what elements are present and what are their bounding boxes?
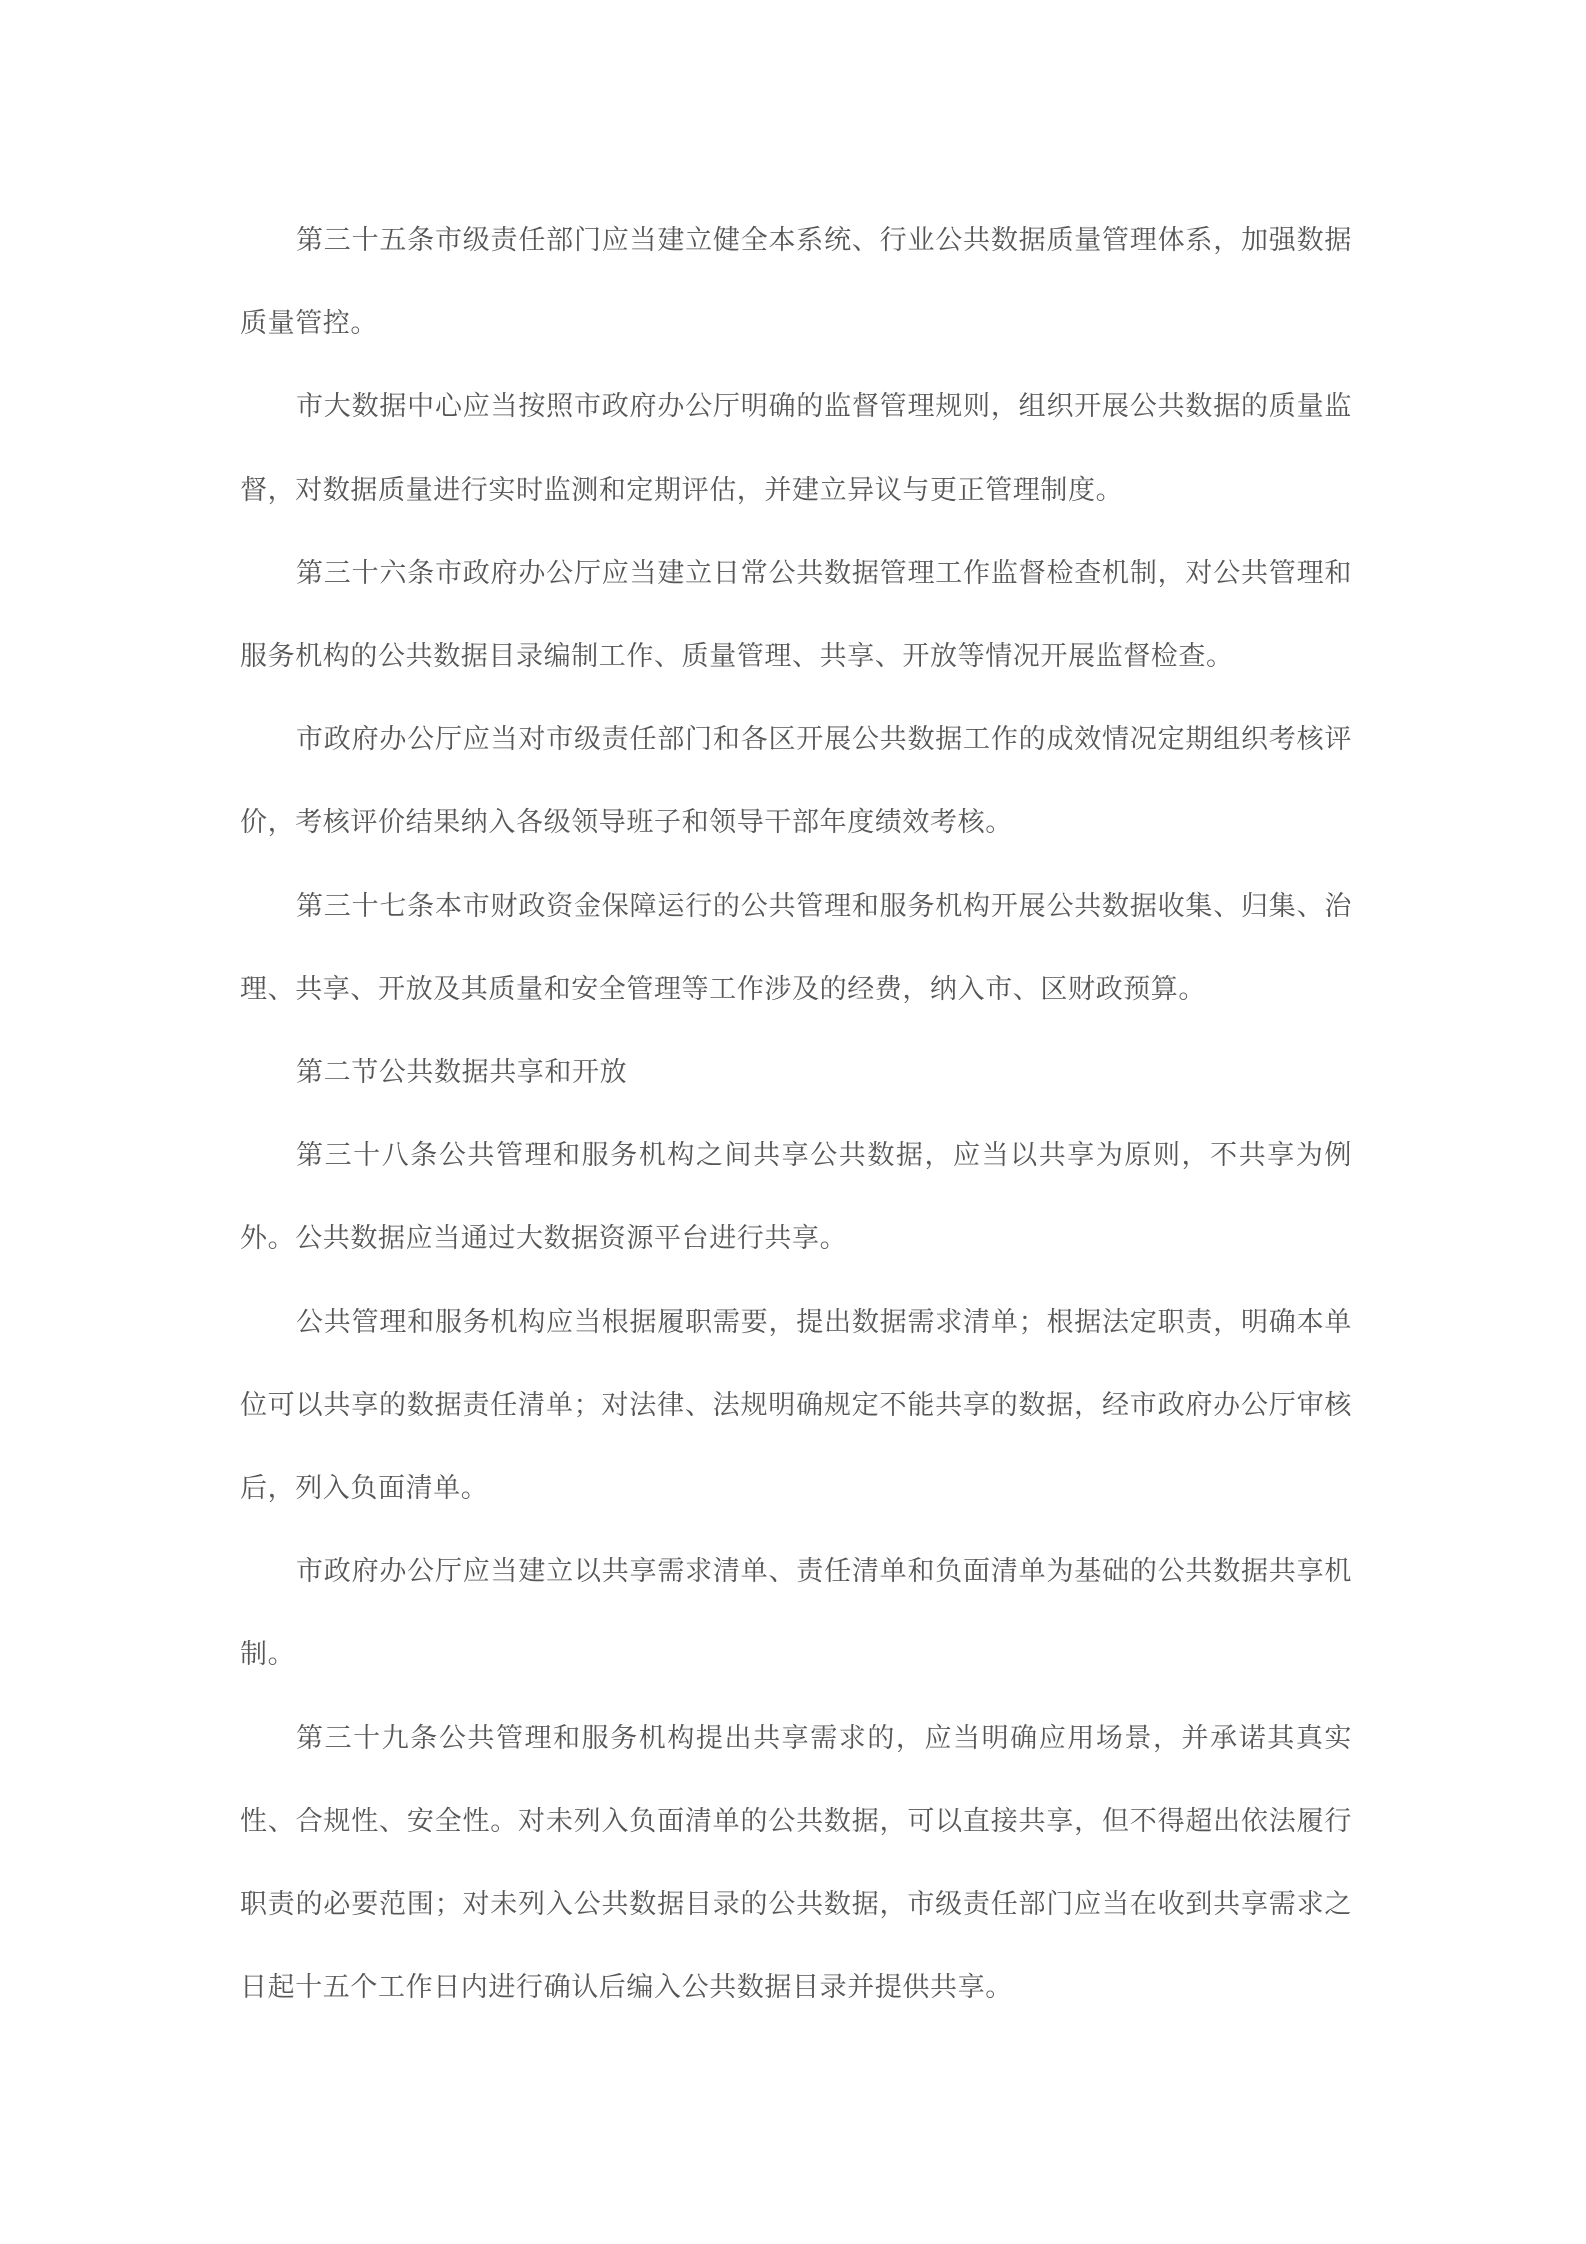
paragraph-sharing-mechanism: 市政府办公厅应当建立以共享需求清单、责任清单和负面清单为基础的公共数据共享机制。 — [240, 1530, 1352, 1696]
paragraph-article-35: 第三十五条市级责任部门应当建立健全本系统、行业公共数据质量管理体系，加强数据质量… — [240, 199, 1352, 365]
paragraph-article-39: 第三十九条公共管理和服务机构提出共享需求的，应当明确应用场景，并承诺其真实性、合… — [240, 1697, 1352, 2030]
paragraph-article-38: 第三十八条公共管理和服务机构之间共享公共数据，应当以共享为原则，不共享为例外。公… — [240, 1114, 1352, 1280]
paragraph-assessment: 市政府办公厅应当对市级责任部门和各区开展公共数据工作的成效情况定期组织考核评价，… — [240, 698, 1352, 864]
paragraph-lists: 公共管理和服务机构应当根据履职需要，提出数据需求清单；根据法定职责，明确本单位可… — [240, 1281, 1352, 1531]
paragraph-quality-supervision: 市大数据中心应当按照市政府办公厅明确的监督管理规则，组织开展公共数据的质量监督，… — [240, 365, 1352, 531]
paragraph-article-37: 第三十七条本市财政资金保障运行的公共管理和服务机构开展公共数据收集、归集、治理、… — [240, 865, 1352, 1031]
document-body: 第三十五条市级责任部门应当建立健全本系统、行业公共数据质量管理体系，加强数据质量… — [240, 199, 1352, 2029]
paragraph-article-36: 第三十六条市政府办公厅应当建立日常公共数据管理工作监督检查机制，对公共管理和服务… — [240, 532, 1352, 698]
section-heading: 第二节公共数据共享和开放 — [240, 1031, 1352, 1114]
